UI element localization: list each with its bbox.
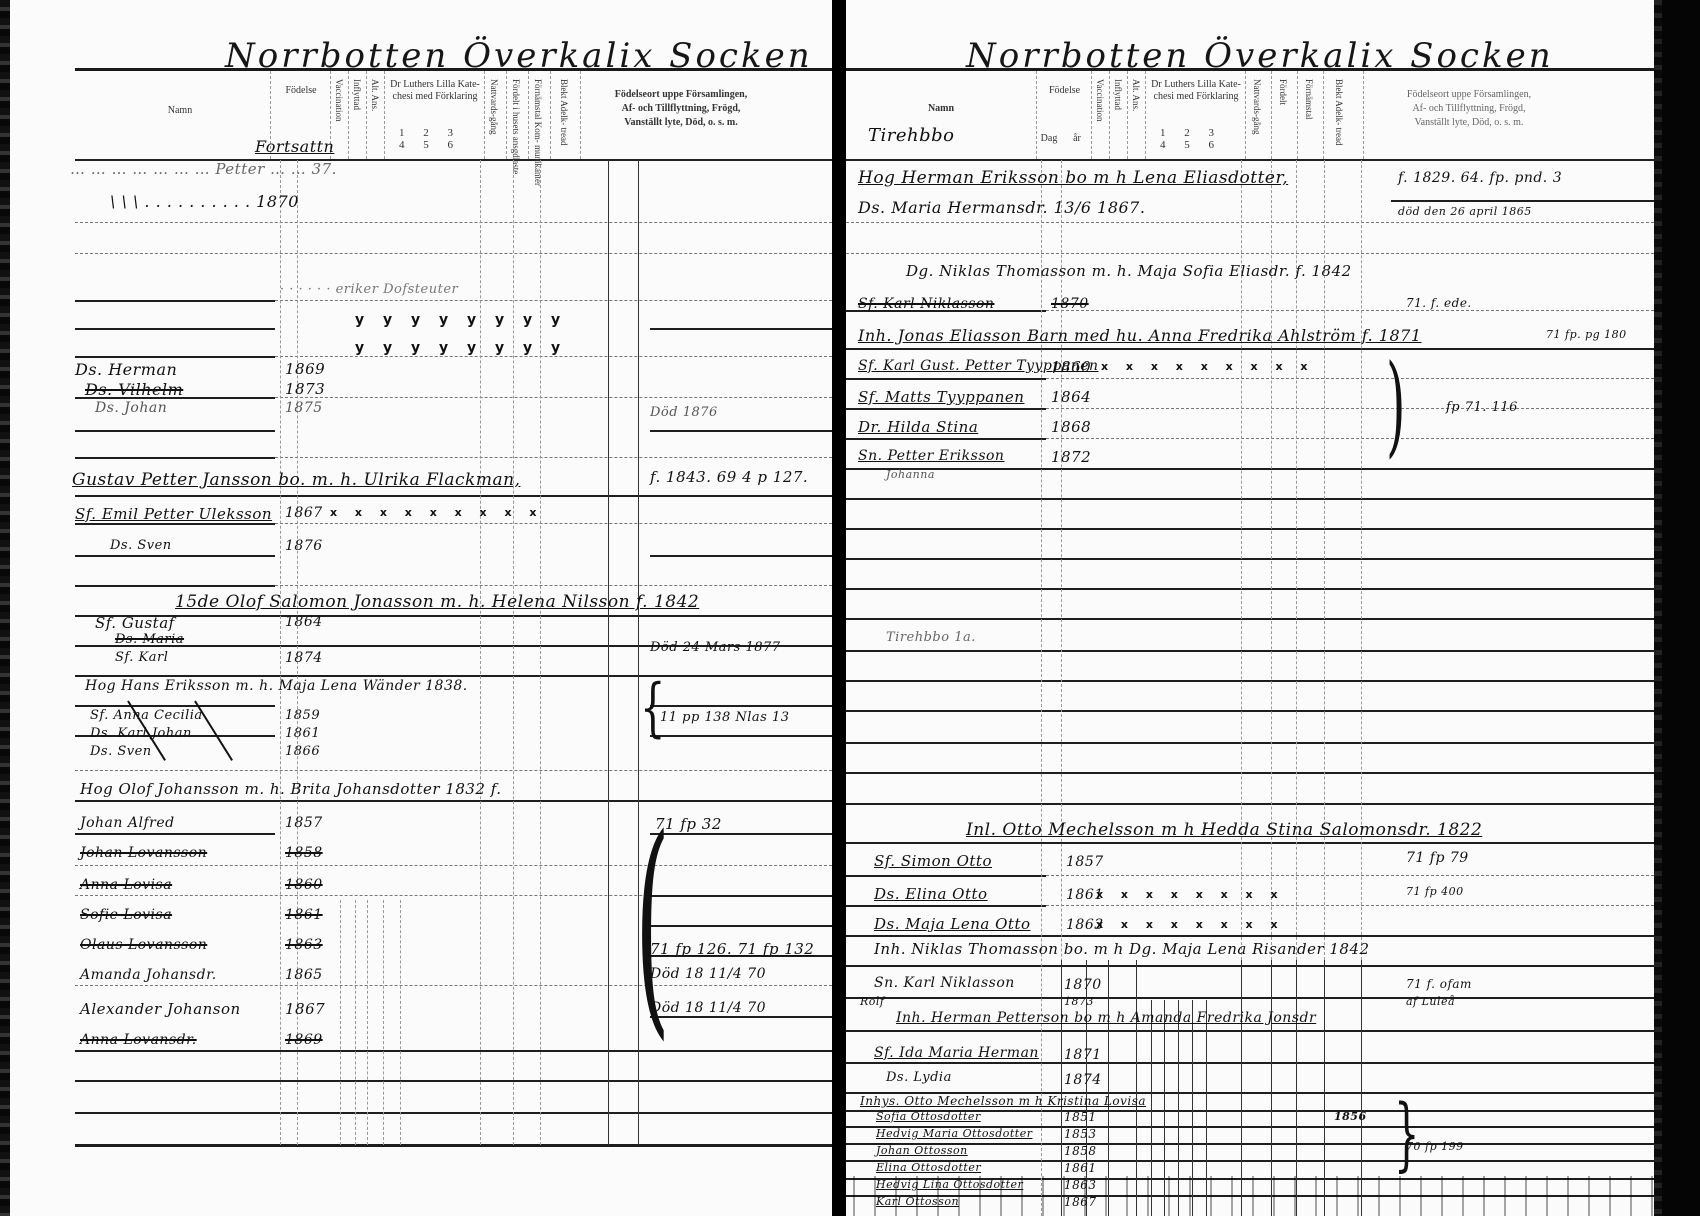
entry-name: Rolf xyxy=(860,995,885,1008)
entry-name: Sf. Karl xyxy=(115,650,168,665)
entry-note: 71. f. ede. xyxy=(1406,296,1472,310)
household-head: Inl. Otto Mechelsson m h Hedda Stina Sal… xyxy=(966,820,1482,840)
entry-note: 71 fp 126. 71 fp 132 xyxy=(650,940,814,958)
entry-born: 1866 xyxy=(285,744,320,759)
entry-born: 1860 xyxy=(285,877,323,893)
household-head: Inhys. Otto Mechelsson m h Kristina Lovi… xyxy=(860,1094,1146,1108)
entry-line: … … … … … … … Petter … … 37. xyxy=(70,160,337,178)
book-edge-right xyxy=(1654,0,1700,1216)
entry-name: Sf. Karl Niklasson xyxy=(858,296,994,312)
entry-note: död den 26 april 1865 xyxy=(1398,205,1532,218)
left-page: Norrbotten Överkalix Socken Namn Födelse… xyxy=(10,0,832,1216)
bracket: { xyxy=(640,676,665,740)
entry-note: af Luleå xyxy=(1406,995,1455,1008)
entry-name: Ds. Sven xyxy=(90,744,152,759)
entry-name: Ds. Karl Johan xyxy=(90,726,192,741)
entry-born: 1861 xyxy=(285,907,323,923)
entry-note: 71 fp. pg 180 xyxy=(1546,328,1627,341)
cross-out-stroke xyxy=(194,700,233,760)
entry-born: 1859 xyxy=(285,708,320,723)
entry-name: Sofia Ottosdotter xyxy=(876,1110,981,1123)
entry-born: 1861 xyxy=(1064,1161,1097,1175)
entry-born: 1857 xyxy=(1066,854,1104,870)
entry-name: Sf. Emil Petter Uleksson xyxy=(75,505,272,523)
entry-name: Johanna xyxy=(886,468,935,481)
left-header: Namn Födelse Vaccination Inflyttad Alt. … xyxy=(75,68,832,161)
household-head: 15de Olof Salomon Jonasson m. h. Helena … xyxy=(175,592,699,612)
entry-note: Död 24 Mars 1877 xyxy=(650,640,781,655)
entry-name: Ds. Lydia xyxy=(886,1070,952,1085)
entry-name: Sn. Karl Niklasson xyxy=(874,975,1015,991)
entry-born: 1851 xyxy=(1064,1110,1097,1124)
section-label: Tirehbbo 1a. xyxy=(886,630,976,645)
right-header: Namn Tirehbbo Födelse Dag år Vaccination… xyxy=(846,68,1654,161)
scan-edge-noise xyxy=(846,1176,1654,1216)
catechism-marks: y y y y y y y y xyxy=(355,340,567,356)
entry-heading: Fortsattn xyxy=(255,137,334,156)
entry-note: f. 1843. 69 4 p 127. xyxy=(650,468,808,486)
entry-born: 1868 xyxy=(1051,418,1091,436)
entry-note: 71 f. ofam xyxy=(1406,977,1472,991)
entry-born: 1864 xyxy=(285,614,323,630)
entry-born: 1873 xyxy=(1064,995,1094,1008)
entry-name: Ds. Johan xyxy=(95,400,167,416)
entry-born: 1872 xyxy=(1051,448,1091,466)
entry-note: 71 fp 400 xyxy=(1406,885,1464,898)
entry-name: Olaus Lovansson xyxy=(80,937,207,953)
entry-born: 1869 xyxy=(285,360,325,378)
entry-note: 1856 xyxy=(1334,1110,1367,1123)
catechism-marks: x x x x x x x x xyxy=(1096,888,1285,901)
entry-born: 1860 xyxy=(1051,358,1091,376)
born-column: Födelse Dag år xyxy=(1036,71,1091,159)
entry-born: 1876 xyxy=(285,538,323,554)
entry-name: Amanda Johansdr. xyxy=(80,967,217,983)
entry-born: 1858 xyxy=(285,845,323,861)
catechism-column: Dr Luthers Lilla Kate- chesi med Förklar… xyxy=(1145,71,1245,159)
entry-born: 1869 xyxy=(285,1032,323,1048)
entry-name: Anna Lovisa xyxy=(80,877,172,893)
bracket: ( xyxy=(635,810,670,1044)
catechism-marks: x x x x x x x x x xyxy=(1101,360,1315,373)
household-head: Inh. Jonas Eliasson Barn med hu. Anna Fr… xyxy=(858,326,1422,345)
entry-line: \ \ \ . . . . . . . . . . 1870 xyxy=(110,192,299,211)
entry-note: 11 pp 138 Nlas 13 xyxy=(660,710,790,725)
entry-note: f. 1829. 64. fp. pnd. 3 xyxy=(1398,170,1562,186)
catechism-marks: y y y y y y y y xyxy=(355,312,567,328)
household-head: Inh. Niklas Thomasson bo. m h Dg. Maja L… xyxy=(874,940,1370,958)
name-column-header: Namn xyxy=(155,105,205,117)
entry-name: Sf. Anna Cecilia xyxy=(90,708,203,723)
entry-name: Sf. Ida Maria Herman xyxy=(874,1045,1039,1061)
section-subheading: Tirehbbo xyxy=(868,125,955,146)
entry-name: Ds. Herman xyxy=(75,360,177,379)
entry-born: 1873 xyxy=(285,380,325,398)
entry-name: Alexander Johanson xyxy=(80,1000,241,1018)
entry-born: 1874 xyxy=(285,650,323,666)
catechism-marks: x x x x x x x x xyxy=(1096,918,1285,931)
notes-column: Födelseort uppe Församlingen, Af- och Ti… xyxy=(1363,71,1654,159)
book-gutter xyxy=(832,0,846,1216)
bracket: ) xyxy=(1386,350,1406,460)
entry-name: Sf. Matts Tyyppanen xyxy=(858,388,1024,406)
entry-born: 1865 xyxy=(285,967,323,983)
entry-line: Ds. Maria Hermansdr. 13/6 1867. xyxy=(858,198,1145,217)
entry-name: Johan Lovansson xyxy=(80,845,207,861)
entry-note: fp 71. 116 xyxy=(1446,400,1518,415)
entry-born: 1863 xyxy=(285,937,323,953)
entry-born: 1858 xyxy=(1064,1144,1097,1158)
entry-name: Dr. Hilda Stina xyxy=(858,418,978,436)
entry-born: 1871 xyxy=(1064,1047,1102,1063)
catechism-marks: x x x x x x x x x xyxy=(330,506,544,519)
entry-name: Sf. Simon Otto xyxy=(874,852,992,870)
entry-born: 1853 xyxy=(1064,1127,1097,1141)
entry-born: 1864 xyxy=(1051,388,1091,406)
entry-name: Hedvig Maria Ottosdotter xyxy=(876,1127,1032,1140)
entry-name: Sofie Lovisa xyxy=(80,907,172,923)
entry-born: 1861 xyxy=(285,726,320,741)
entry-born: 1870 xyxy=(1051,296,1089,312)
catechism-column: Dr Luthers Lilla Kate- chesi med Förklar… xyxy=(384,71,484,159)
entry-line: · · · · · · eriker Dofsteuter xyxy=(280,282,458,297)
entry-born: 1857 xyxy=(285,815,323,831)
entry-name: Ds. Vilhelm xyxy=(85,380,183,399)
entry-born: 1874 xyxy=(1064,1072,1102,1088)
household-head: Inh. Herman Petterson bo m h Amanda Fred… xyxy=(896,1010,1316,1026)
entry-born: 1870 xyxy=(1064,977,1102,993)
household-head: Hog Herman Eriksson bo m h Lena Eliasdot… xyxy=(858,168,1288,188)
entry-name: Sn. Petter Eriksson xyxy=(858,448,1004,464)
entry-born: 1875 xyxy=(285,400,323,416)
entry-name: Ds. Elina Otto xyxy=(874,885,988,903)
entry-name: Johan Alfred xyxy=(80,815,175,831)
entry-name: Elina Ottosdotter xyxy=(876,1161,981,1174)
entry-name: Ds. Maria xyxy=(115,632,184,647)
entry-name: Anna Lovansdr. xyxy=(80,1032,197,1048)
bracket: } xyxy=(1394,1095,1419,1175)
entry-name: Ds. Maja Lena Otto xyxy=(874,915,1031,933)
entry-born: 1867 xyxy=(285,1000,325,1018)
ledger-spread: Norrbotten Överkalix Socken Namn Födelse… xyxy=(0,0,1700,1216)
entry-born: 1867 xyxy=(285,505,323,521)
notes-column: Födelseort uppe Församlingen, Af- och Ti… xyxy=(580,71,830,159)
entry-name: Johan Ottosson xyxy=(876,1144,968,1157)
name-column-header: Namn xyxy=(916,103,966,115)
household-head: Gustav Petter Jansson bo. m. h. Ulrika F… xyxy=(72,470,520,490)
entry-name: Sf. Gustaf xyxy=(95,614,175,632)
household-head: Hog Hans Eriksson m. h. Maja Lena Wänder… xyxy=(85,678,468,694)
entry-note: Död 1876 xyxy=(650,405,718,420)
household-head: Dg. Niklas Thomasson m. h. Maja Sofia El… xyxy=(906,262,1352,280)
household-head: Hog Olof Johansson m. h. Brita Johansdot… xyxy=(80,780,502,798)
right-page: Norrbotten Överkalix Socken Namn Tirehbb… xyxy=(846,0,1654,1216)
entry-note: 71 fp 79 xyxy=(1406,850,1469,866)
entry-name: Ds. Sven xyxy=(110,538,172,553)
